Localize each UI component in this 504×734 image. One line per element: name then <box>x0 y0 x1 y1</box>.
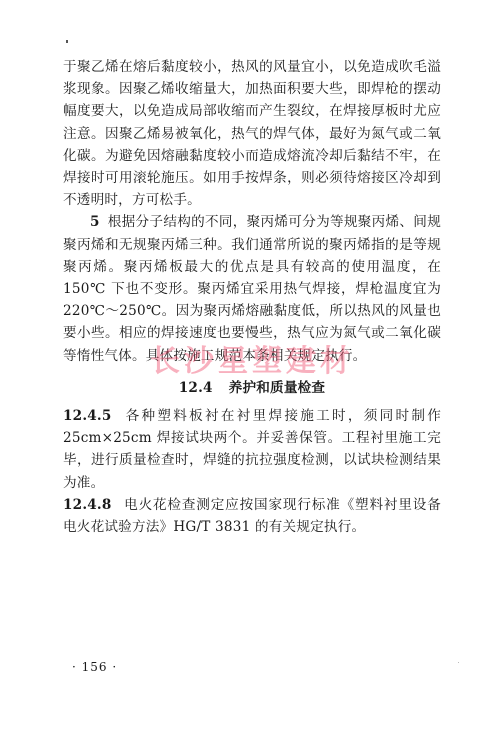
clause-12-4-5: 12.4.5各种塑料板衬在衬里焊接施工时，须同时制作 25cm×25cm 焊接试… <box>63 405 441 494</box>
page-number: · 156 · <box>72 660 117 674</box>
clause-text: 电火花检查测定应按国家现行标准《塑料衬里设备 电火花试验方法》HG/T 3831… <box>63 497 455 535</box>
body-text: 于聚乙烯在熔后黏度较小，热风的风量宜小，以免造成吹毛溢浆现象。因聚乙烯收缩量大，… <box>63 56 441 538</box>
clause-number: 12.4.8 <box>63 497 112 513</box>
section-number: 12.4 <box>179 380 213 396</box>
paragraph-continued: 于聚乙烯在熔后黏度较小，热风的风量宜小，以免造成吹毛溢浆现象。因聚乙烯收缩量大，… <box>63 56 441 211</box>
scan-mark <box>66 40 68 43</box>
clause-number: 12.4.5 <box>63 408 112 424</box>
document-page: 于聚乙烯在熔后黏度较小，热风的风量宜小，以免造成吹毛溢浆现象。因聚乙烯收缩量大，… <box>0 0 504 734</box>
section-heading: 12.4养护和质量检查 <box>63 377 441 399</box>
item-number: 5 <box>90 214 100 230</box>
clause-text: 各种塑料板衬在衬里焊接施工时，须同时制作 25cm×25cm 焊接试块两个。并妥… <box>63 408 441 491</box>
section-title: 养护和质量检查 <box>229 380 326 396</box>
paragraph-item-5: 5根据分子结构的不同，聚丙烯可分为等规聚丙烯、间规聚丙烯和无规聚丙烯三种。我们通… <box>63 211 441 366</box>
item-text: 根据分子结构的不同，聚丙烯可分为等规聚丙烯、间规聚丙烯和无规聚丙烯三种。我们通常… <box>63 214 441 363</box>
scan-speck <box>458 662 459 663</box>
clause-12-4-8: 12.4.8电火花检查测定应按国家现行标准《塑料衬里设备 电火花试验方法》HG/… <box>63 494 441 538</box>
